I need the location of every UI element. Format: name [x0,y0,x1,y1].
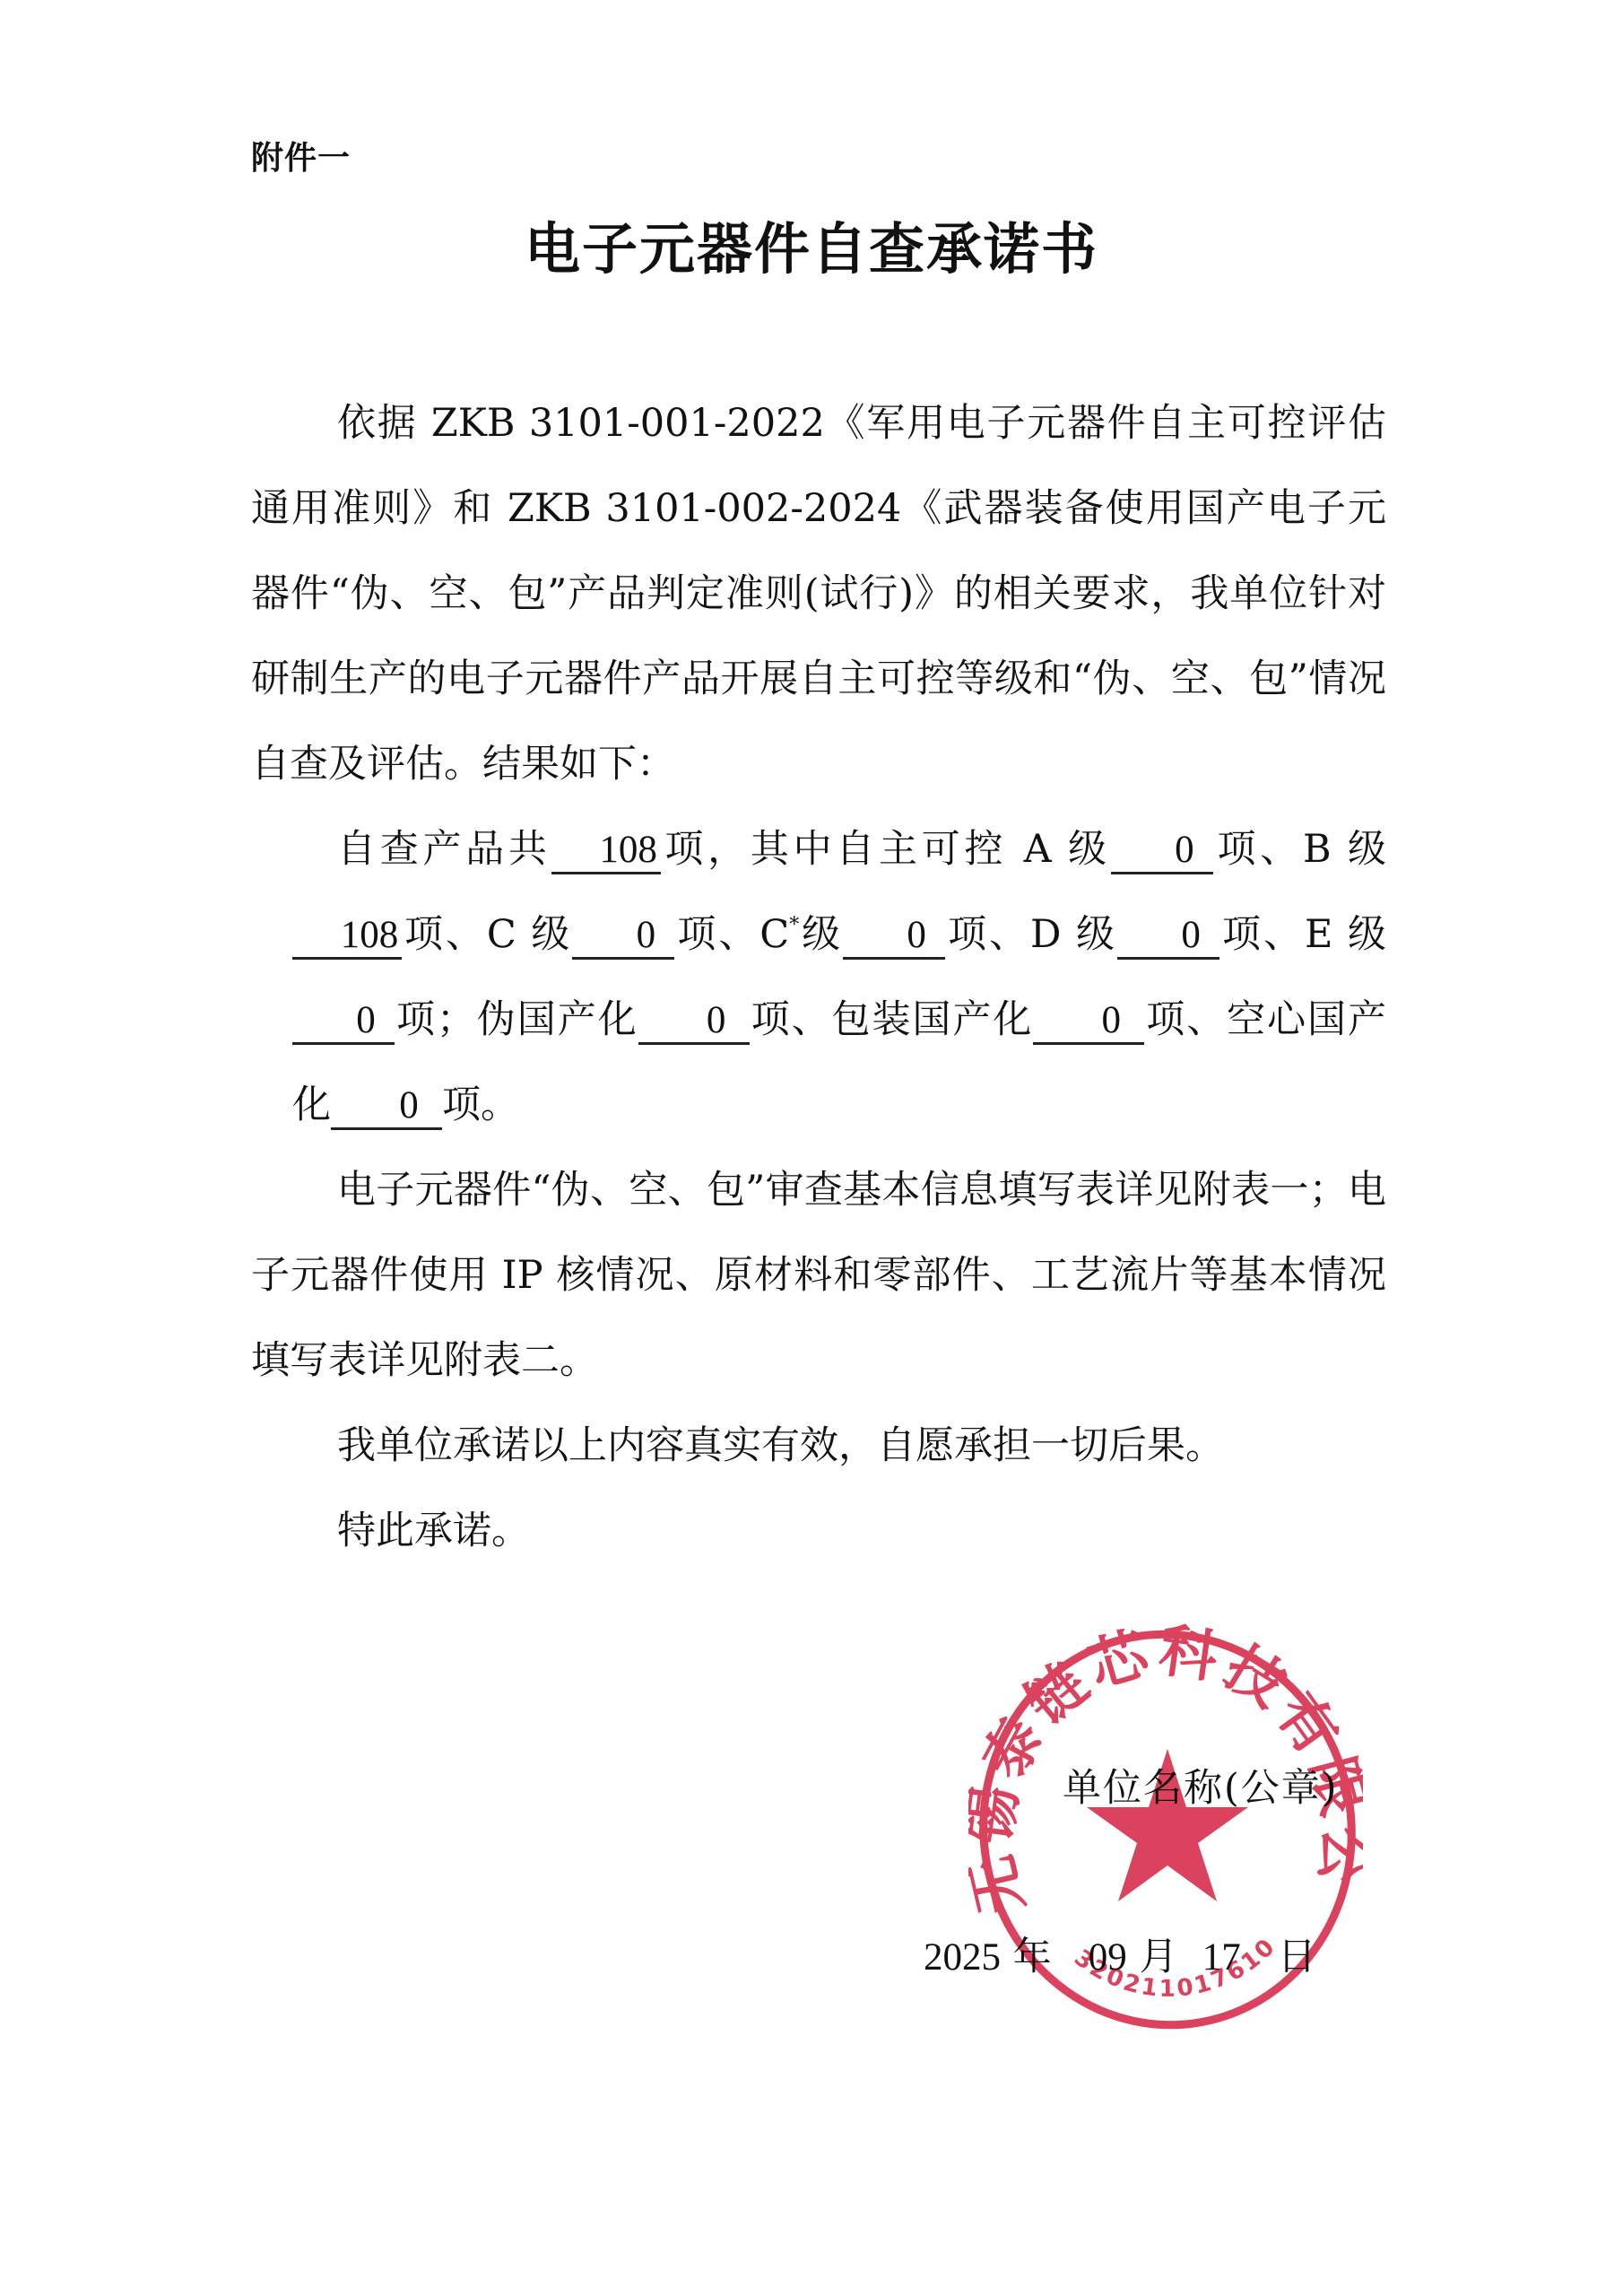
closing-paragraph: 特此承诺。 [251,1489,1386,1574]
attachment-label: 附件一 [251,133,351,178]
text: 项。 [442,1083,519,1127]
intro-paragraph: 依据 ZKB 3101-001-2022《军用电子元器件自主可控评估通用准则》和… [251,381,1386,807]
commitment-paragraph: 我单位承诺以上内容真实有效，自愿承担一切后果。 [251,1404,1386,1489]
text: 项；伪国产化 [395,997,638,1042]
document-body: 依据 ZKB 3101-001-2022《军用电子元器件自主可控评估通用准则》和… [251,381,1386,1574]
grade-e-field: 0 [292,999,395,1045]
attachments-paragraph: 电子元器件“伪、空、包”审查基本信息填写表详见附表一；电子元器件使用 IP 核情… [251,1148,1386,1404]
seal-star-icon [1087,1749,1248,1901]
text: 项，其中自主可控 A 级 [661,827,1111,872]
text: 项、E 级 [1219,912,1386,957]
grade-d-field: 0 [1117,914,1219,960]
text: 项、C [674,912,789,957]
grade-c-field: 0 [572,914,674,960]
package-domestic-field: 0 [1033,999,1144,1045]
document-page: 附件一 电子元器件自查承诺书 依据 ZKB 3101-001-2022《军用电子… [0,0,1623,2296]
grade-b-field: 108 [292,914,402,960]
text: 级 [799,912,843,957]
text: 项、包装国产化 [750,997,1034,1042]
fake-domestic-field: 0 [638,999,750,1045]
text: 项、C 级 [402,912,572,957]
c-star-superscript: * [789,914,799,936]
document-title: 电子元器件自查承诺书 [0,204,1623,284]
results-paragraph: 自查产品共108项，其中自主可控 A 级0项、B 级108项、C 级0项、C*级… [251,807,1386,1148]
text: 自查产品共 [337,827,551,872]
company-seal-icon: 无锡泰链芯科技有限公司 3202110176107 [968,1623,1363,2036]
hollow-domestic-field: 0 [331,1084,442,1130]
text: 项、B 级 [1213,827,1386,872]
total-count-field: 108 [551,829,661,874]
grade-c-star-field: 0 [843,914,945,960]
grade-a-field: 0 [1111,829,1213,874]
text: 项、D 级 [945,912,1117,957]
